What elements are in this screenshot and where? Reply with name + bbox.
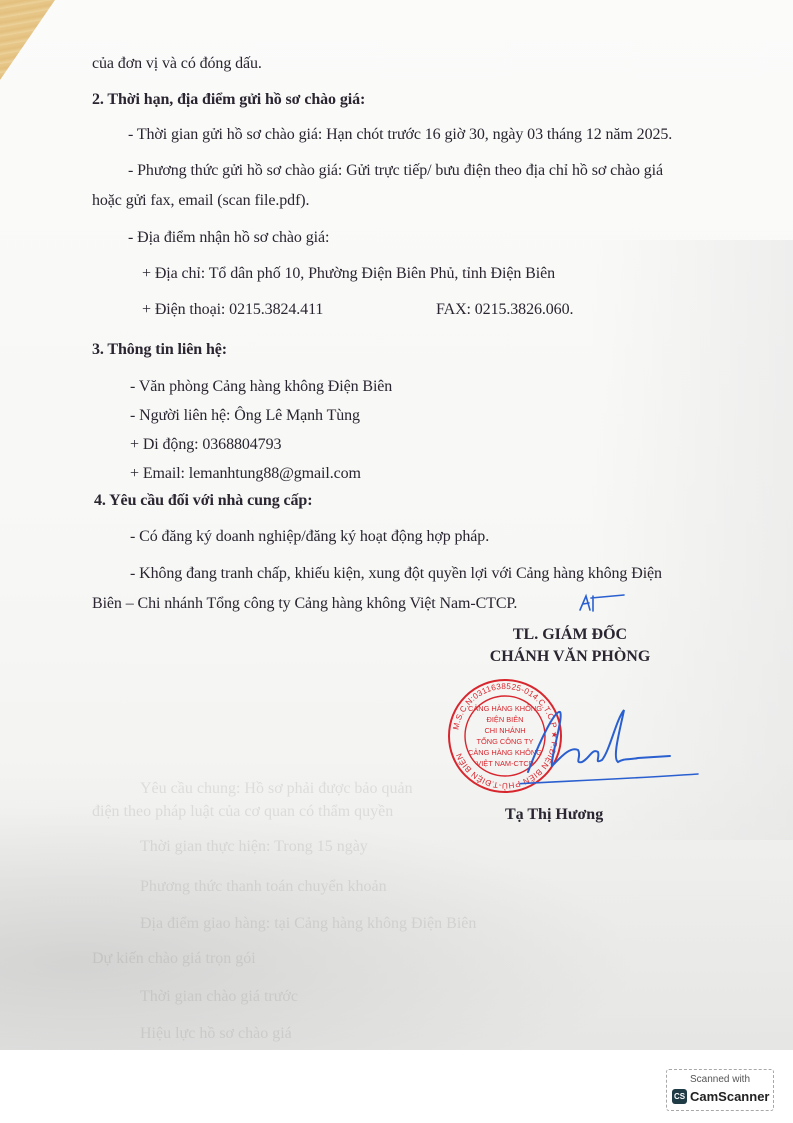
method-text-1: - Phương thức gửi hồ sơ chào giá: Gửi tr… xyxy=(128,162,663,180)
bleed-through-text: Thời gian thực hiện: Trong 15 ngày xyxy=(140,838,368,856)
contact-person-text: - Người liên hệ: Ông Lê Mạnh Tùng xyxy=(130,407,360,425)
signer-title-1: TL. GIÁM ĐỐC xyxy=(440,624,700,646)
bleed-through-text: Thời gian chào giá trước xyxy=(140,988,298,1006)
bleed-through-text: Yêu cầu chung: Hồ sơ phải được bảo quản xyxy=(140,780,413,798)
watermark-brand: CamScanner xyxy=(690,1089,769,1104)
email-text: + Email: lemanhtung88@gmail.com xyxy=(130,465,361,483)
mobile-text: + Di động: 0368804793 xyxy=(130,436,281,454)
section-3-heading: 3. Thông tin liên hệ: xyxy=(92,341,227,359)
phone-text: + Điện thoại: 0215.3824.411 xyxy=(142,301,323,319)
signer-title-2: CHÁNH VĂN PHÒNG xyxy=(440,646,700,668)
requirement-1: - Có đăng ký doanh nghiệp/đăng ký hoạt đ… xyxy=(130,528,489,546)
bleed-through-text: Phương thức thanh toán chuyển khoản xyxy=(140,878,387,896)
initial-mark-icon xyxy=(576,592,628,614)
scanned-page: Yêu cầu chung: Hồ sơ phải được bảo quản … xyxy=(0,0,793,1050)
method-text-2: hoặc gửi fax, email (scan file.pdf). xyxy=(92,192,309,210)
desk-background xyxy=(0,0,55,80)
bleed-through-text: Địa điểm giao hàng: tại Cảng hàng không … xyxy=(140,915,476,933)
signer-name: Tạ Thị Hương xyxy=(505,806,603,824)
location-label: - Địa điểm nhận hồ sơ chào giá: xyxy=(128,229,329,247)
deadline-text: - Thời gian gửi hồ sơ chào giá: Hạn chót… xyxy=(128,126,672,144)
bleed-through-text: Hiệu lực hồ sơ chào giá xyxy=(140,1025,292,1043)
camscanner-logo-icon: CS xyxy=(672,1089,687,1104)
camscanner-watermark: Scanned with CS CamScanner xyxy=(666,1069,774,1111)
watermark-caption: Scanned with xyxy=(667,1074,773,1085)
address-text: + Địa chỉ: Tổ dân phố 10, Phường Điện Bi… xyxy=(142,265,555,283)
section-2-heading: 2. Thời hạn, địa điểm gửi hồ sơ chào giá… xyxy=(92,91,365,109)
handwritten-signature-icon xyxy=(520,700,700,790)
svg-text:ĐIỆN BIÊN: ĐIỆN BIÊN xyxy=(487,715,524,724)
bleed-through-text: Dự kiến chào giá trọn gói xyxy=(92,950,256,968)
requirement-2-line-1: - Không đang tranh chấp, khiếu kiện, xun… xyxy=(130,565,662,583)
office-text: - Văn phòng Cảng hàng không Điện Biên xyxy=(130,378,392,396)
section-4-heading: 4. Yêu cầu đối với nhà cung cấp: xyxy=(94,492,312,510)
signature-block: TL. GIÁM ĐỐC CHÁNH VĂN PHÒNG xyxy=(440,624,700,668)
requirement-2-line-2: Biên – Chi nhánh Tổng công ty Cảng hàng … xyxy=(92,595,517,613)
fax-text: FAX: 0215.3826.060. xyxy=(436,301,573,319)
bleed-through-text: điện theo pháp luật của cơ quan có thẩm … xyxy=(92,803,393,821)
intro-tail-text: của đơn vị và có đóng dấu. xyxy=(92,55,262,73)
